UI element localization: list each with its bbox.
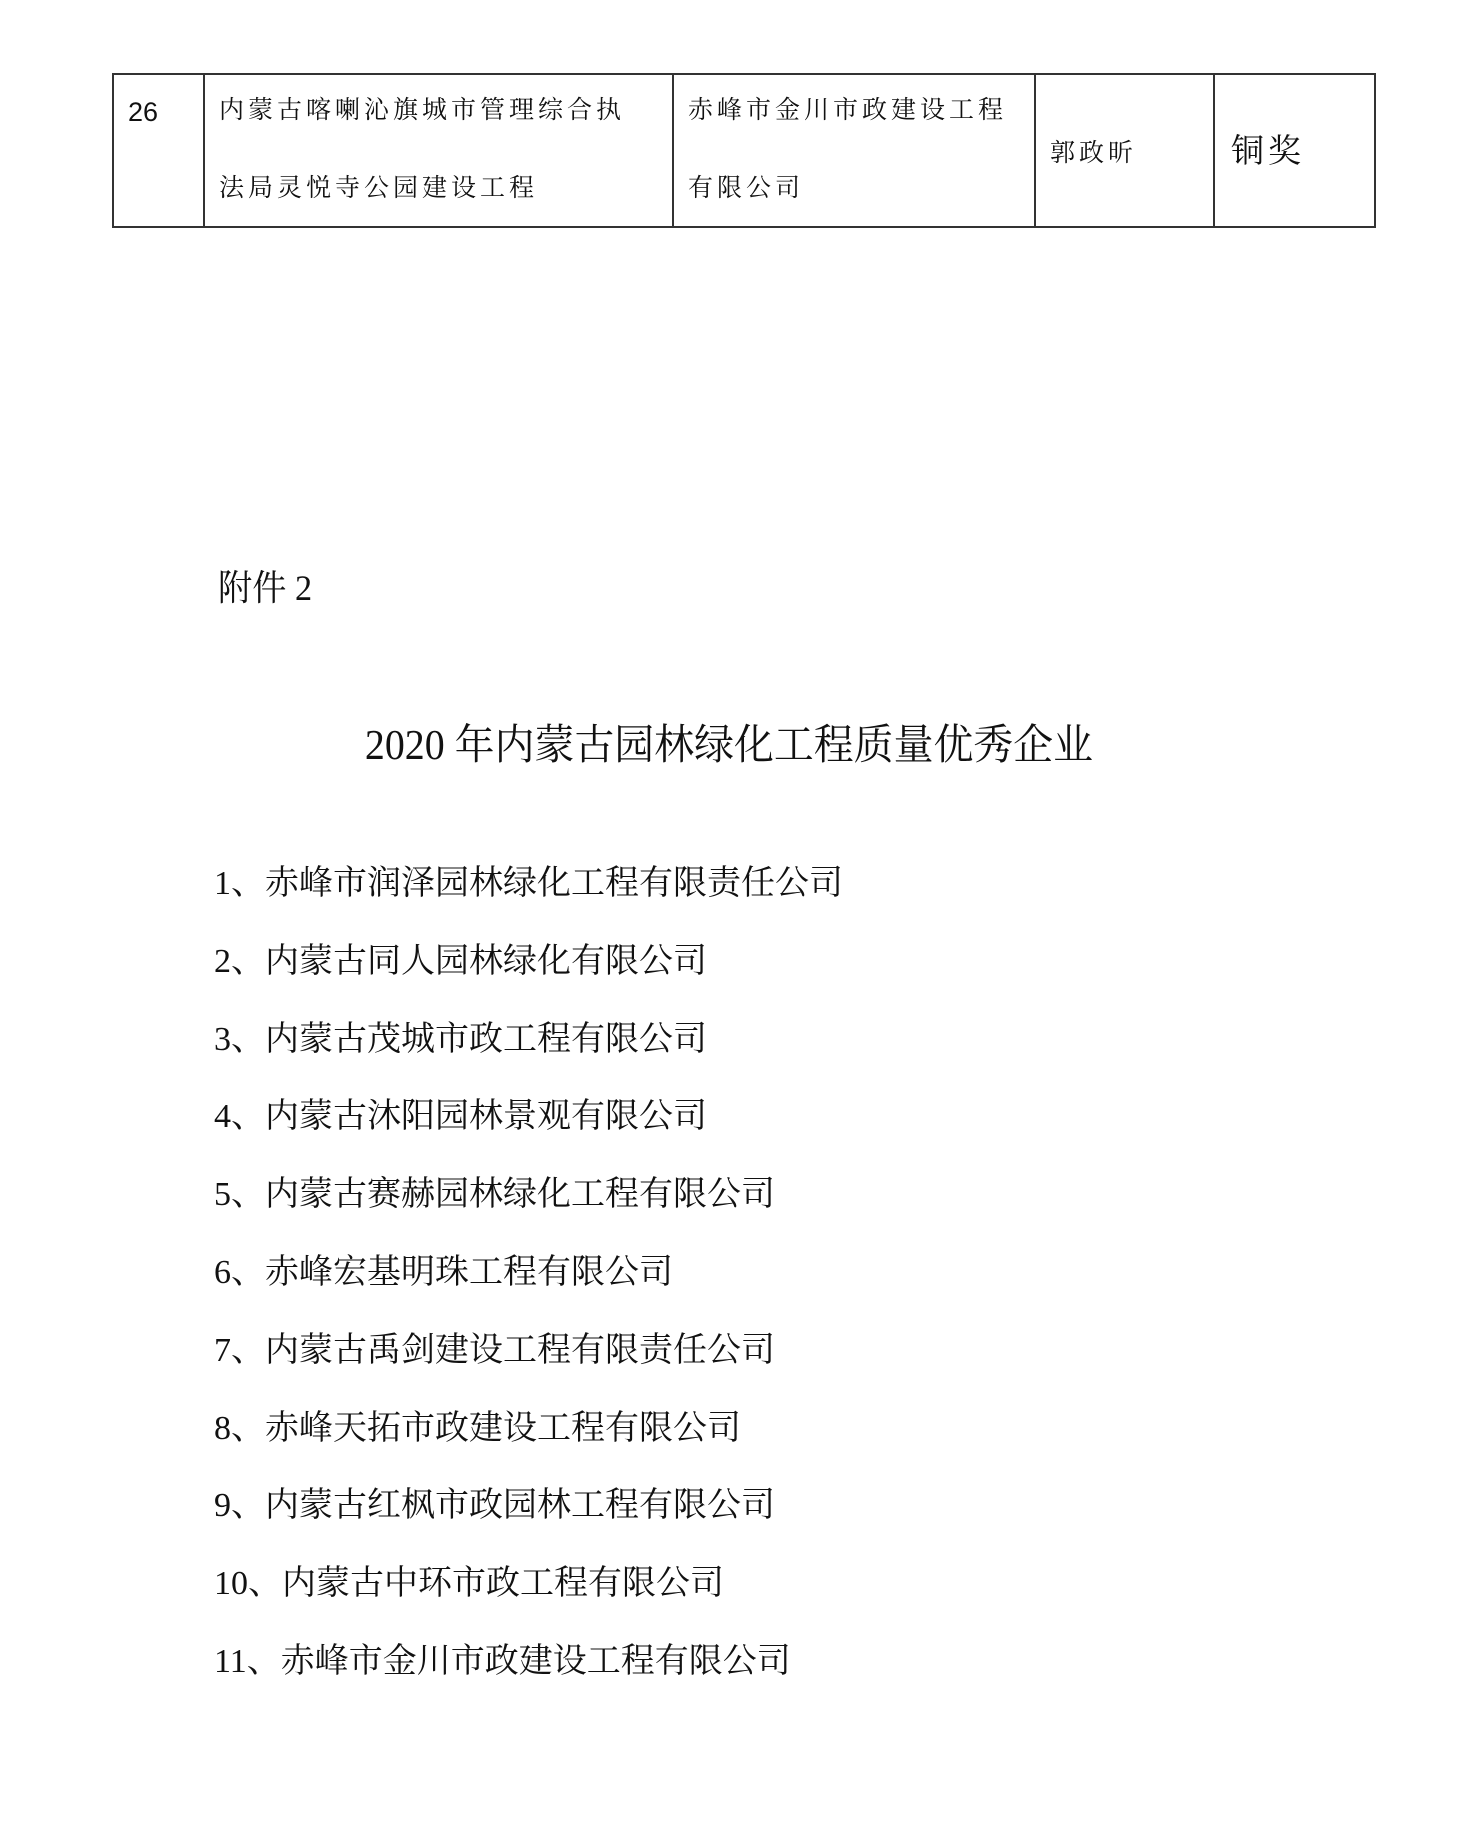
list-item: 8、赤峰天拓市政建设工程有限公司 <box>214 1407 843 1485</box>
list-item: 3、内蒙古茂城市政工程有限公司 <box>214 1018 843 1096</box>
unit-cell: 赤峰市金川市政建设工程 有限公司 <box>673 74 1035 227</box>
person-cell: 郭政昕 <box>1035 74 1214 227</box>
list-item: 9、内蒙古红枫市政园林工程有限公司 <box>214 1484 843 1562</box>
row-number: 26 <box>128 97 158 128</box>
project-cell: 内蒙古喀喇沁旗城市管理综合执 法局灵悦寺公园建设工程 <box>204 74 673 227</box>
attachment-label: 附件 2 <box>218 560 312 611</box>
list-item: 5、内蒙古赛赫园林绿化工程有限公司 <box>214 1173 843 1251</box>
list-item: 6、赤峰宏基明珠工程有限公司 <box>214 1251 843 1329</box>
list-item: 1、赤峰市润泽园林绿化工程有限责任公司 <box>214 862 843 940</box>
list-item: 10、内蒙古中环市政工程有限公司 <box>214 1562 843 1640</box>
list-item: 11、赤峰市金川市政建设工程有限公司 <box>214 1640 843 1718</box>
row-number-cell: 26 <box>113 74 204 227</box>
unit-name-line2: 有限公司 <box>688 149 1028 227</box>
person-name: 郭政昕 <box>1050 133 1137 169</box>
award-level: 铜奖 <box>1231 125 1305 172</box>
page-title: 2020 年内蒙古园林绿化工程质量优秀企业 <box>36 712 1421 772</box>
list-item: 2、内蒙古同人园林绿化有限公司 <box>214 940 843 1018</box>
table-row: 26 内蒙古喀喇沁旗城市管理综合执 法局灵悦寺公园建设工程 赤峰市金川市政建设工… <box>113 74 1375 227</box>
list-item: 4、内蒙古沐阳园林景观有限公司 <box>214 1095 843 1173</box>
unit-name-line1: 赤峰市金川市政建设工程 <box>688 71 1028 149</box>
list-item: 7、内蒙古禹剑建设工程有限责任公司 <box>214 1329 843 1407</box>
award-table: 26 内蒙古喀喇沁旗城市管理综合执 法局灵悦寺公园建设工程 赤峰市金川市政建设工… <box>112 73 1376 228</box>
award-cell: 铜奖 <box>1214 74 1375 227</box>
project-name-line1: 内蒙古喀喇沁旗城市管理综合执 <box>219 71 666 149</box>
company-list: 1、赤峰市润泽园林绿化工程有限责任公司 2、内蒙古同人园林绿化有限公司 3、内蒙… <box>214 862 843 1718</box>
project-name-line2: 法局灵悦寺公园建设工程 <box>219 149 666 227</box>
